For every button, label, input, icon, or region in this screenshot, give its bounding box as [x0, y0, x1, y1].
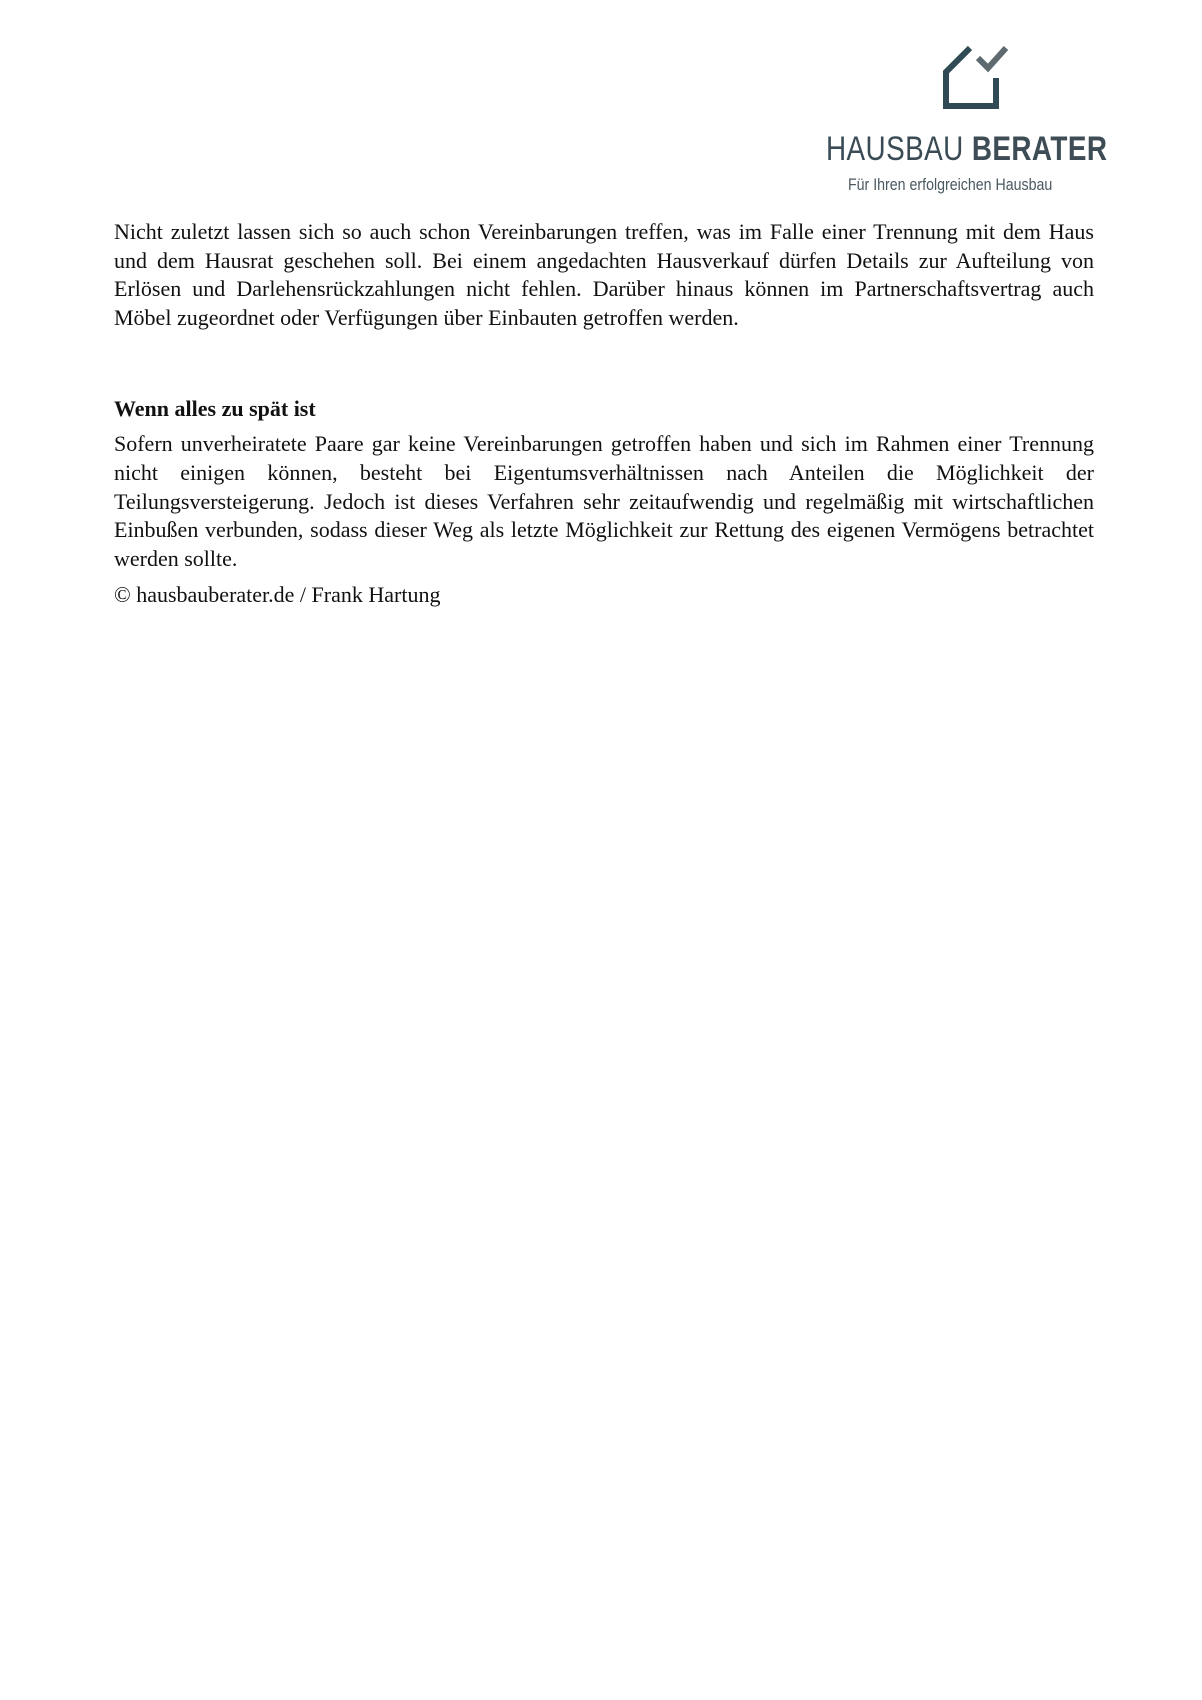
brand-logo: HAUSBAU BERATER Für Ihren erfolgreichen …	[800, 38, 1130, 203]
copyright-credit: © hausbauberater.de / Frank Hartung	[114, 581, 1094, 610]
brand-name-part-1: HAUSBAU	[826, 130, 964, 168]
paragraph-agreements: Nicht zuletzt lassen sich so auch schon …	[114, 218, 1094, 332]
section-heading: Wenn alles zu spät ist	[114, 394, 1094, 424]
document-body: Nicht zuletzt lassen sich so auch schon …	[114, 218, 1094, 610]
brand-wordmark: HAUSBAU BERATER	[826, 130, 1107, 169]
paragraph-partition-auction: Sofern unverheiratete Paare gar keine Ve…	[114, 430, 1094, 573]
house-check-icon	[938, 44, 1010, 112]
brand-tagline: Für Ihren erfolgreichen Hausbau	[848, 176, 1052, 195]
brand-name-part-2: BERATER	[972, 130, 1108, 168]
